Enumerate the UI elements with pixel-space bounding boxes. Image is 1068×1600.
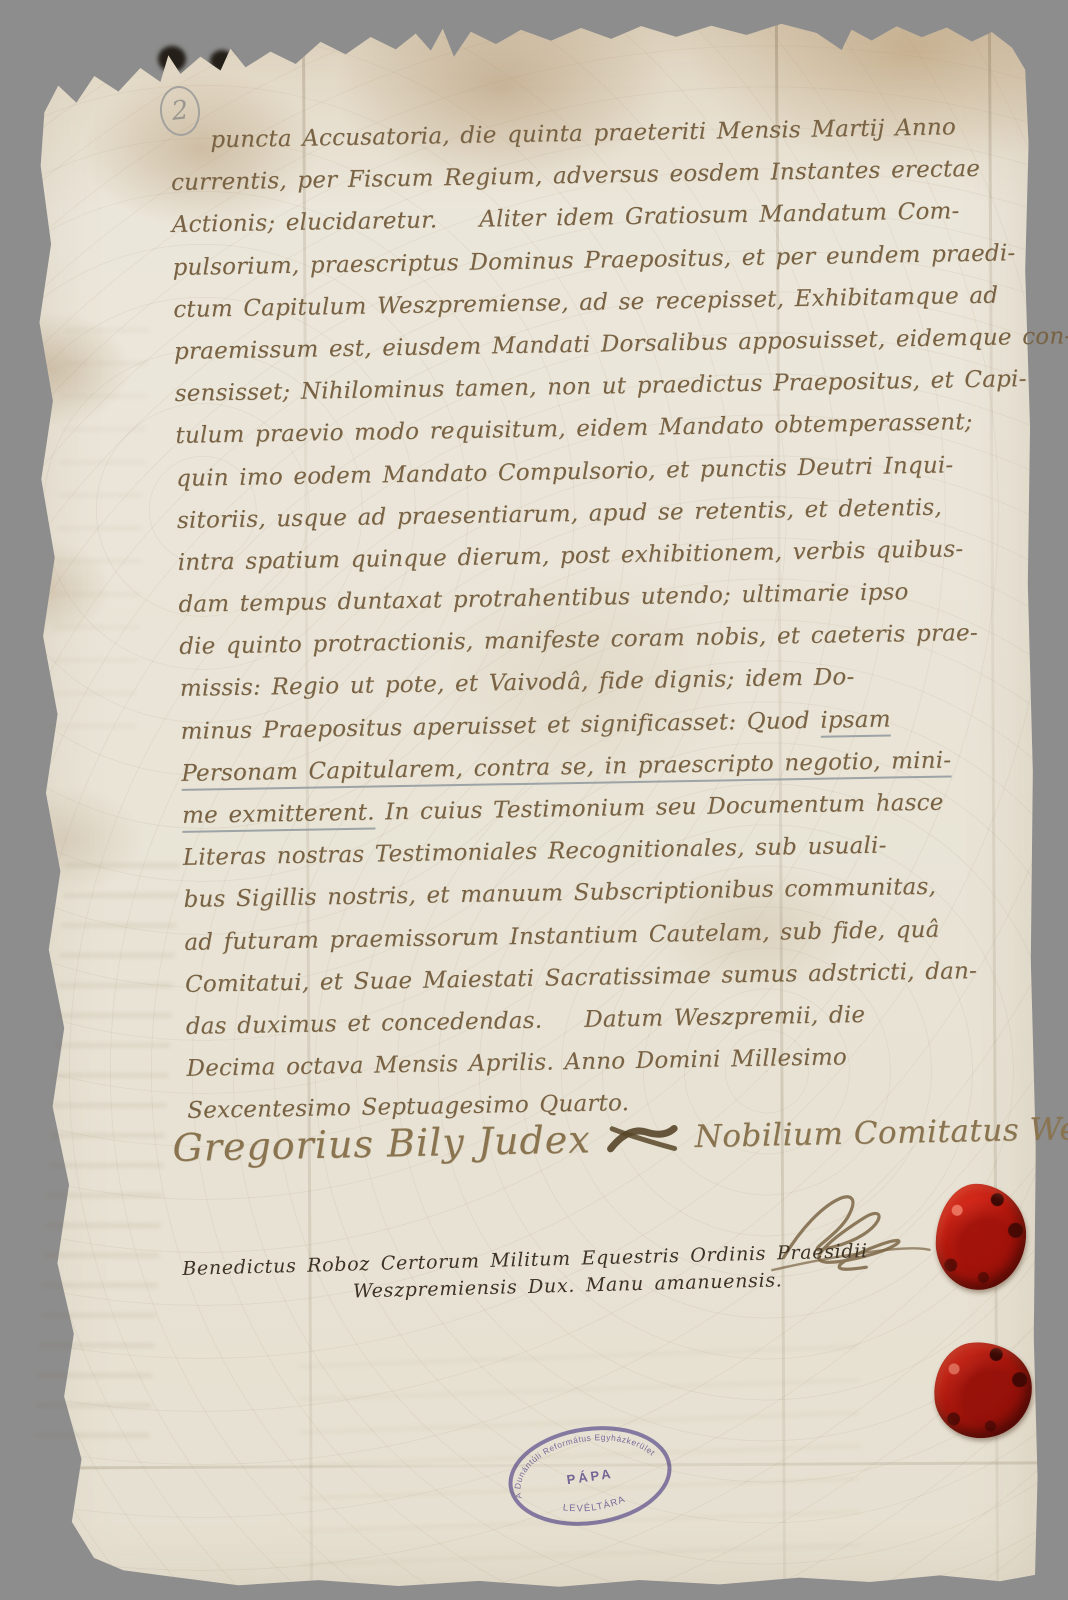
signature-title: Nobilium Comitatus Weszpremiensis <box>694 1107 1068 1155</box>
manuscript-text: bus Sigillis nostris, et manuum Subscrip… <box>183 874 936 913</box>
manuscript-text: missis: Regio ut pote, et Vaivodâ, fide … <box>180 665 855 703</box>
manuscript-text: pulsorium, praescriptus Dominus Praeposi… <box>172 240 1015 281</box>
manuscript-text: Literas nostras Testimoniales Recognitio… <box>183 833 887 871</box>
signature-name: Gregorius Bily Judex <box>172 1117 591 1170</box>
pencil-underlined-phrase: ipsam <box>820 706 891 737</box>
ink-cross-mark <box>606 1117 679 1158</box>
manuscript-text: Actionis; elucidaretur. Aliter idem Grat… <box>172 199 960 239</box>
manuscript-text: dam tempus duntaxat protrahentibus utend… <box>178 579 909 618</box>
manuscript-text: currentis, per Fiscum Regium, adversus e… <box>171 156 980 196</box>
manuscript-text: sitoriis, usque ad praesentiarum, apud s… <box>177 494 942 533</box>
manuscript-text-block: puncta Accusatoria, die quinta praeterit… <box>170 105 1044 1132</box>
manuscript-text: das duximus et concedendas. Datum Weszpr… <box>186 1002 866 1040</box>
manuscript-text: ad futuram praemissorum Instantium Caute… <box>184 916 940 955</box>
manuscript-text: In cuius Testimonium seu Documentum hasc… <box>374 790 943 826</box>
manuscript-text: intra spatium quinque dierum, post exhib… <box>178 536 964 576</box>
manuscript-text: die quinto protractionis, manifeste cora… <box>179 620 978 660</box>
manuscript-text: puncta Accusatoria, die quinta praeterit… <box>210 114 956 153</box>
photograph-of-manuscript: 2 puncta Accusatoria, die quinta praeter… <box>0 0 1068 1600</box>
manuscript-text: praemissum est, eiusdem Mandati Dorsalib… <box>174 323 1068 365</box>
manuscript-text: minus Praepositus aperuisset et signific… <box>180 707 820 744</box>
ink-showthrough <box>51 299 151 732</box>
pencil-underlined-phrase: me exmitterent. <box>182 800 375 833</box>
manuscript-text: sensisset; Nihilominus tamen, non ut pra… <box>175 366 1027 407</box>
manuscript-text: Comitatui, et Suae Maiestati Sacratissim… <box>185 958 977 998</box>
manuscript-text: Decima octava Mensis Aprilis. Anno Domin… <box>186 1044 847 1082</box>
manuscript-text: quin imo eodem Mandato Compulsorio, et p… <box>176 452 954 492</box>
stamp-center-text: PÁPA <box>566 1466 615 1487</box>
stamp-bottom-text: LEVÉLTÁRA <box>561 1493 628 1517</box>
manuscript-text: tulum praevio modo requisitum, eidem Man… <box>175 409 973 449</box>
manuscript-text: ctum Capitulum Weszpremiense, ad se rece… <box>173 282 998 322</box>
svg-text:LEVÉLTÁRA: LEVÉLTÁRA <box>561 1493 628 1517</box>
